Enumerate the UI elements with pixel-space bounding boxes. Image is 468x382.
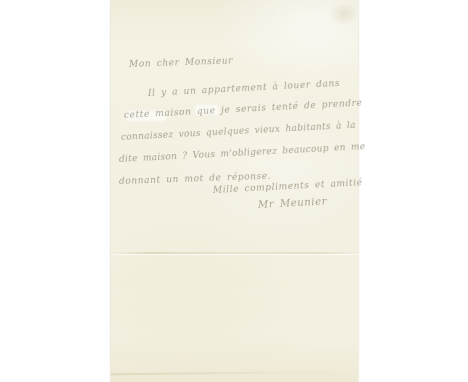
letter-paper: Mon cher Monsieur Il y a un appartement …: [111, 0, 358, 382]
bottom-crease: [111, 371, 358, 376]
body-line: dite maison ? Vous m'obligerez beaucoup …: [119, 142, 366, 165]
paper-smudge: [329, 2, 359, 26]
signature: Mr Meunier: [258, 196, 328, 211]
fold-crease: [111, 252, 358, 254]
body-line: Il y a un appartement à louer dans: [148, 79, 341, 99]
salutation-line: Mon cher Monsieur: [129, 56, 233, 70]
photo-backdrop: Mon cher Monsieur Il y a un appartement …: [0, 0, 468, 382]
body-line: connaissez vous quelques vieux habitants…: [121, 121, 356, 143]
body-line: cette maison que je serais tenté de pren…: [124, 99, 363, 121]
